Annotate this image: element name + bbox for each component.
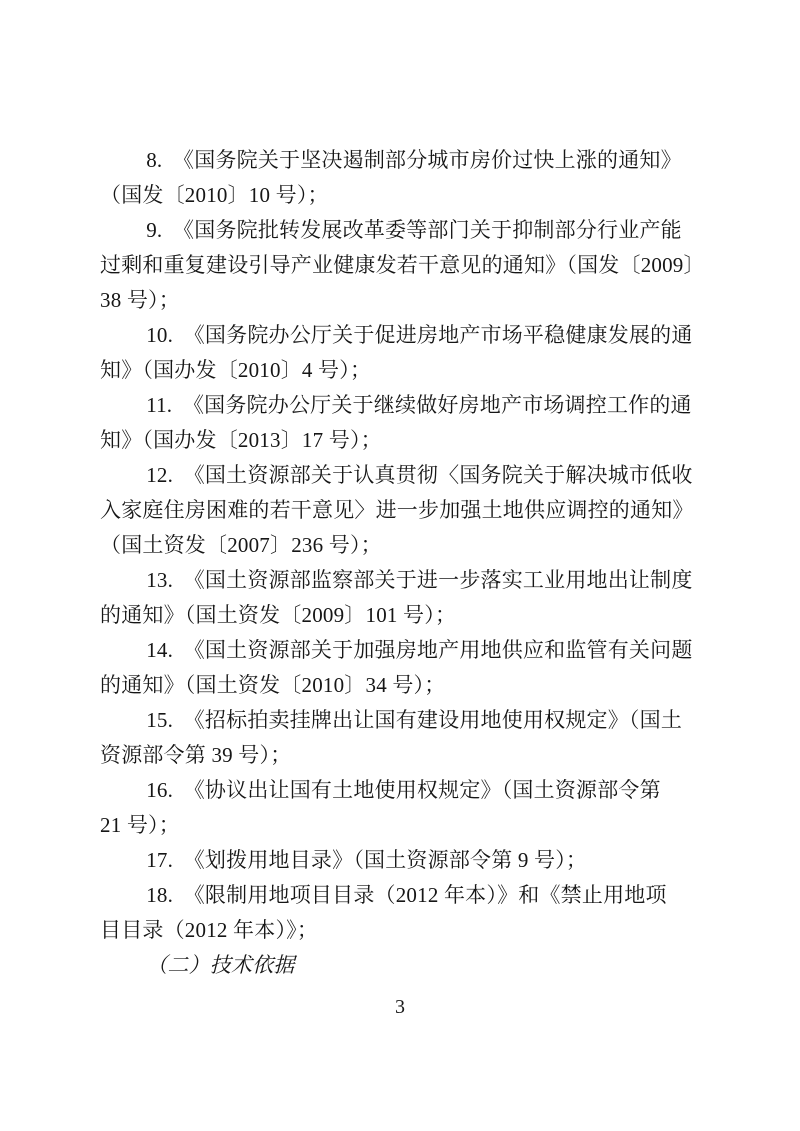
page-number: 3 [0,993,800,1021]
text-line: 18. 《限制用地项目目录（2012 年本）》和《禁止用地项 [100,878,700,913]
text-line: 9. 《国务院批转发展改革委等部门关于抑制部分行业产能 [100,213,700,248]
list-item-13: 13. 《国土资源部监察部关于进一步落实工业用地出让制度 的通知》（国土资发〔2… [100,563,700,633]
text-line: 38 号）； [100,283,700,318]
section-heading-technical-basis: （二）技术依据 [100,948,700,983]
text-line: 8. 《国务院关于坚决遏制部分城市房价过快上涨的通知》 [100,143,700,178]
document-page: 8. 《国务院关于坚决遏制部分城市房价过快上涨的通知》 （国发〔2010〕10 … [0,0,800,1131]
list-item-18: 18. 《限制用地项目目录（2012 年本）》和《禁止用地项 目目录（2012 … [100,878,700,948]
list-item-8: 8. 《国务院关于坚决遏制部分城市房价过快上涨的通知》 （国发〔2010〕10 … [100,143,700,213]
list-item-15: 15. 《招标拍卖挂牌出让国有建设用地使用权规定》（国土 资源部令第 39 号）… [100,703,700,773]
text-line: （二）技术依据 [100,948,700,983]
text-line: 入家庭住房困难的若干意见〉进一步加强土地供应调控的通知》 [100,493,700,528]
text-line: 的通知》（国土资发〔2010〕34 号）； [100,668,700,703]
text-line: 15. 《招标拍卖挂牌出让国有建设用地使用权规定》（国土 [100,703,700,738]
text-line: （国土资发〔2007〕236 号）； [100,528,700,563]
text-line: 目目录（2012 年本）》； [100,913,700,948]
text-line: 的通知》（国土资发〔2009〕101 号）； [100,598,700,633]
text-line: 知》（国办发〔2010〕4 号）； [100,353,700,388]
text-line: 21 号）； [100,808,700,843]
text-line: 16. 《协议出让国有土地使用权规定》（国土资源部令第 [100,773,700,808]
list-item-10: 10. 《国务院办公厅关于促进房地产市场平稳健康发展的通 知》（国办发〔2010… [100,318,700,388]
text-line: 12. 《国土资源部关于认真贯彻〈国务院关于解决城市低收 [100,458,700,493]
text-line: 11. 《国务院办公厅关于继续做好房地产市场调控工作的通 [100,388,700,423]
text-line: 17. 《划拨用地目录》（国土资源部令第 9 号）； [100,843,700,878]
list-item-16: 16. 《协议出让国有土地使用权规定》（国土资源部令第 21 号）； [100,773,700,843]
text-line: 资源部令第 39 号）； [100,738,700,773]
list-item-17: 17. 《划拨用地目录》（国土资源部令第 9 号）； [100,843,700,878]
text-line: （国发〔2010〕10 号）； [100,178,700,213]
list-item-11: 11. 《国务院办公厅关于继续做好房地产市场调控工作的通 知》（国办发〔2013… [100,388,700,458]
text-line: 14. 《国土资源部关于加强房地产用地供应和监管有关问题 [100,633,700,668]
list-item-14: 14. 《国土资源部关于加强房地产用地供应和监管有关问题 的通知》（国土资发〔2… [100,633,700,703]
text-line: 10. 《国务院办公厅关于促进房地产市场平稳健康发展的通 [100,318,700,353]
text-line: 13. 《国土资源部监察部关于进一步落实工业用地出让制度 [100,563,700,598]
document-body: 8. 《国务院关于坚决遏制部分城市房价过快上涨的通知》 （国发〔2010〕10 … [100,143,700,983]
list-item-12: 12. 《国土资源部关于认真贯彻〈国务院关于解决城市低收 入家庭住房困难的若干意… [100,458,700,563]
list-item-9: 9. 《国务院批转发展改革委等部门关于抑制部分行业产能 过剩和重复建设引导产业健… [100,213,700,318]
text-line: 知》（国办发〔2013〕17 号）； [100,423,700,458]
text-line: 过剩和重复建设引导产业健康发若干意见的通知》（国发〔2009〕 [100,248,700,283]
